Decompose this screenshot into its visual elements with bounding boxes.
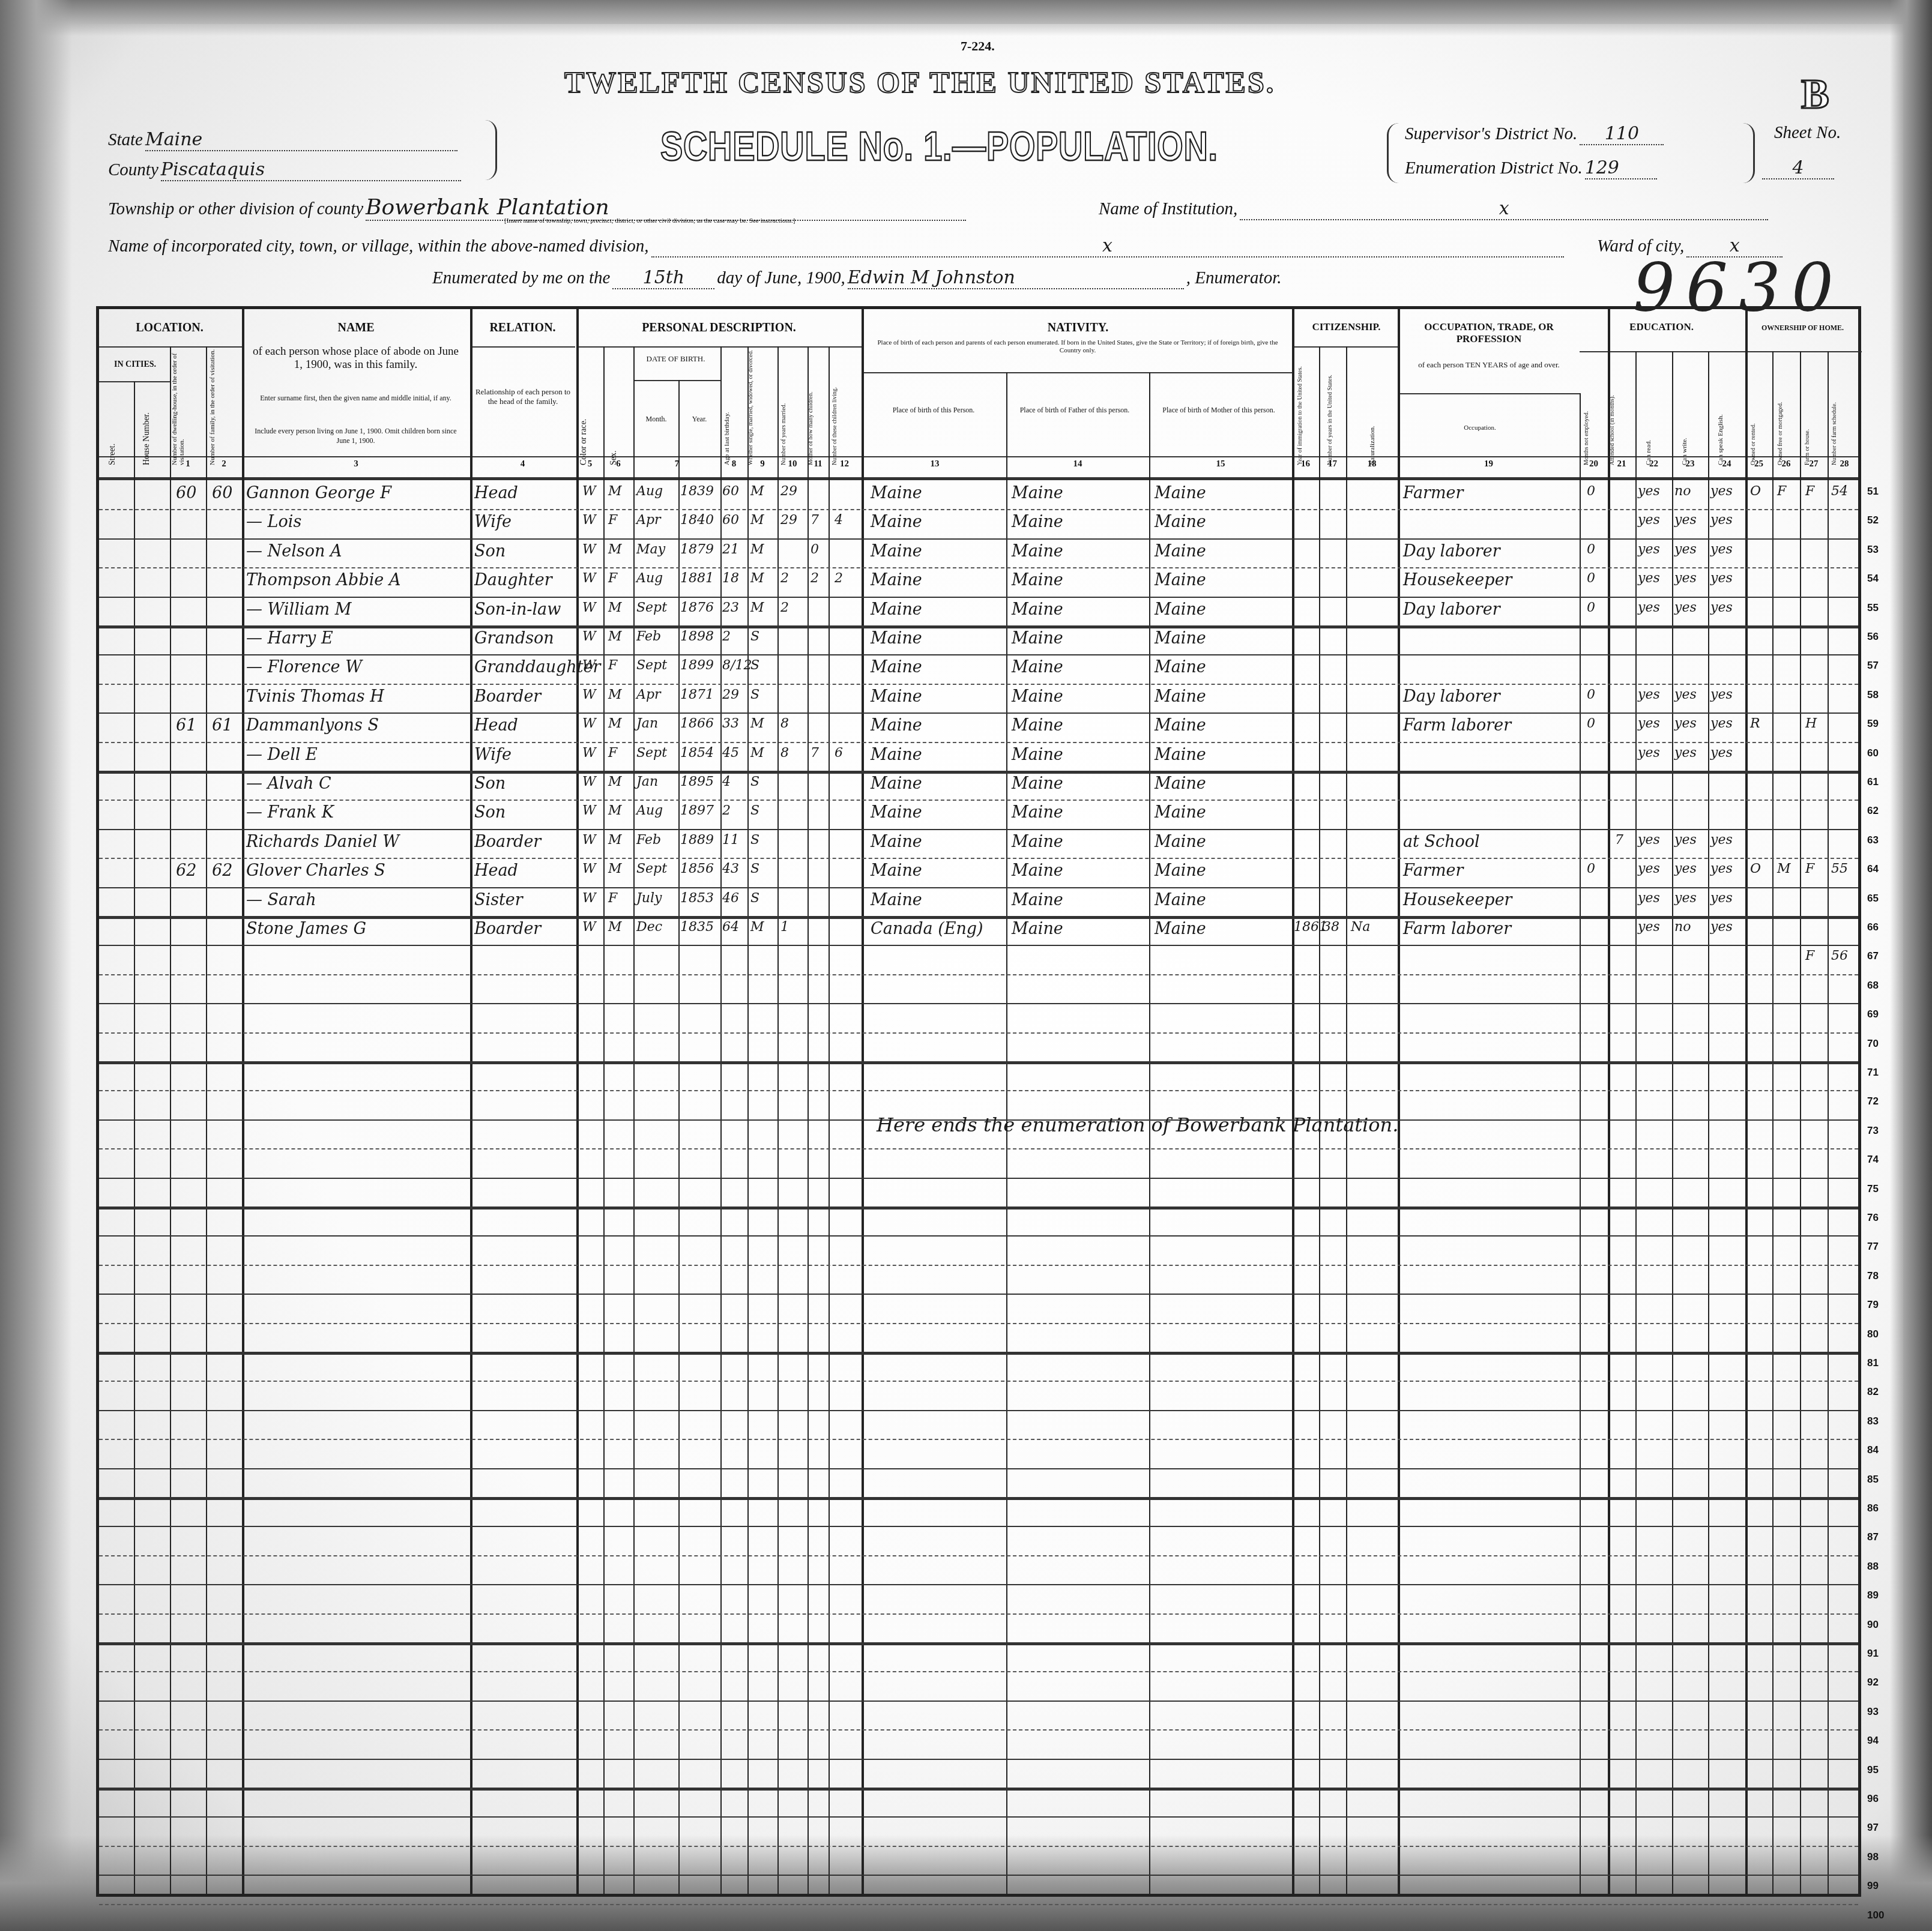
- birth-year-cell: 1876: [680, 600, 714, 615]
- census-title: TWELFTH CENSUS OF THE UNITED STATES.: [564, 65, 1275, 100]
- relation-cell: Daughter: [474, 571, 552, 589]
- family-cell: 60: [212, 484, 232, 502]
- supervisor-label: Supervisor's District No.: [1405, 124, 1577, 143]
- mother-birthplace-cell: Maine: [1155, 774, 1206, 793]
- color-cell: W: [582, 542, 596, 557]
- line-number: 89: [1867, 1589, 1879, 1601]
- color-cell: W: [582, 746, 596, 761]
- row-rule: [99, 829, 1858, 830]
- father-birthplace-cell: Maine: [1012, 542, 1063, 561]
- birth-year-cell: 1899: [680, 658, 714, 673]
- years-married-cell: 29: [780, 513, 797, 528]
- children-living-cell: 2: [835, 571, 843, 586]
- age-cell: 43: [722, 861, 739, 876]
- can-speak-english-cell: yes: [1710, 833, 1733, 848]
- row-rule: [99, 1323, 1858, 1324]
- line-number: 61: [1867, 776, 1879, 788]
- row-rule: [99, 1410, 1858, 1411]
- row-rule: [99, 684, 1858, 685]
- line-number: 79: [1867, 1299, 1879, 1311]
- relation-cell: Son: [474, 803, 506, 822]
- row-rule: [99, 1235, 1858, 1237]
- marital-cell: M: [750, 513, 764, 528]
- col-can-speak-english: Can speak English.: [1717, 369, 1724, 465]
- can-speak-english-cell: yes: [1710, 716, 1733, 731]
- vline: [1800, 351, 1801, 1894]
- mother-birthplace-cell: Maine: [1155, 716, 1206, 735]
- relation-cell: Boarder: [474, 687, 541, 706]
- line-number: 88: [1867, 1561, 1879, 1573]
- line-number: 71: [1867, 1067, 1879, 1079]
- father-birthplace-cell: Maine: [1012, 891, 1063, 909]
- enum-district-value: 129: [1585, 157, 1657, 179]
- dwelling-cell: 62: [176, 861, 196, 880]
- row-rule: [99, 567, 1858, 568]
- occupation-cell: Farm laborer: [1403, 716, 1511, 735]
- col-immigration: Year of immigration to the United States…: [1297, 345, 1317, 465]
- enumerated-prefix: Enumerated by me on the: [432, 268, 610, 288]
- sex-cell: F: [608, 658, 617, 673]
- group-nativity: NATIVITY.: [863, 321, 1293, 335]
- mother-of-cell: 7: [811, 513, 819, 528]
- county-label: County: [108, 160, 158, 179]
- birth-month-cell: July: [636, 891, 662, 906]
- name-cell: — Florence W: [246, 658, 362, 676]
- group-in-cities: IN CITIES.: [99, 360, 171, 370]
- birth-year-cell: 1856: [680, 861, 714, 876]
- name-cell: — Harry E: [246, 629, 333, 648]
- marital-cell: M: [750, 716, 764, 731]
- occupation-cell: Day laborer: [1403, 600, 1500, 619]
- birthplace-cell: Maine: [871, 600, 922, 619]
- birth-month-cell: Sept: [636, 746, 667, 761]
- colnum-28: 28: [1828, 459, 1861, 469]
- county-value: Piscataquis: [161, 159, 461, 181]
- line-number: 73: [1867, 1125, 1879, 1137]
- sex-cell: F: [608, 891, 617, 906]
- row-rule: [99, 1206, 1858, 1210]
- relation-cell: Son-in-law: [474, 600, 561, 619]
- row-rule: [99, 742, 1858, 743]
- birthplace-cell: Maine: [871, 513, 922, 531]
- row-rule: [99, 1729, 1858, 1731]
- birthplace-cell: Maine: [871, 484, 922, 502]
- birth-month-cell: Feb: [636, 629, 661, 644]
- age-cell: 2: [722, 629, 731, 644]
- years-married-cell: 8: [780, 746, 789, 761]
- birth-month-cell: Apr: [636, 687, 661, 702]
- line-number: 60: [1867, 747, 1879, 759]
- birthplace-cell: Maine: [871, 774, 922, 793]
- rule-personal: [576, 346, 863, 348]
- color-cell: W: [582, 891, 596, 906]
- birth-month-cell: Aug: [636, 484, 663, 499]
- marital-cell: S: [750, 629, 759, 644]
- rule-education: [1580, 351, 1862, 352]
- can-write-cell: yes: [1674, 833, 1697, 848]
- color-cell: W: [582, 513, 596, 528]
- color-cell: W: [582, 920, 596, 935]
- farm-schedule-cell: 54: [1831, 484, 1848, 499]
- vline: [1398, 309, 1400, 1894]
- occupation-desc: of each person TEN YEARS of age and over…: [1405, 360, 1573, 370]
- state-field: State Maine: [108, 129, 492, 151]
- row-rule: [99, 771, 1858, 774]
- colnum-25: 25: [1745, 459, 1772, 469]
- institution-label: Name of Institution,: [1099, 199, 1237, 218]
- brace-district-right: [1741, 123, 1755, 183]
- col-birth-mother: Place of birth of Mother of this person.: [1153, 405, 1285, 415]
- father-birthplace-cell: Maine: [1012, 746, 1063, 764]
- line-number: 67: [1867, 950, 1879, 962]
- col-house-number: House Number.: [142, 399, 152, 465]
- state-value: Maine: [145, 129, 457, 151]
- col-dwelling: Number of dwelling-house, in the order o…: [171, 345, 195, 465]
- line-number: 59: [1867, 718, 1879, 730]
- line-number: 96: [1867, 1793, 1879, 1805]
- color-cell: W: [582, 658, 596, 673]
- row-rule: [99, 1584, 1858, 1585]
- birthplace-cell: Maine: [871, 542, 922, 561]
- line-number: 68: [1867, 980, 1879, 992]
- group-location: LOCATION.: [99, 321, 240, 335]
- line-number: 90: [1867, 1619, 1879, 1631]
- county-field: County Piscataquis: [108, 159, 492, 181]
- row-rule: [99, 1701, 1858, 1702]
- can-read-cell: yes: [1638, 920, 1660, 935]
- years-married-cell: 29: [780, 484, 797, 499]
- line-number: 75: [1867, 1183, 1879, 1195]
- sex-cell: M: [608, 687, 622, 702]
- row-rule: [99, 1148, 1858, 1149]
- relation-cell: Boarder: [474, 920, 541, 938]
- brace-left: [483, 120, 497, 180]
- can-write-cell: yes: [1674, 542, 1697, 557]
- color-cell: W: [582, 571, 596, 586]
- name-cell: — Lois: [246, 513, 301, 531]
- colnum-8: 8: [720, 459, 747, 469]
- row-rule: [99, 1439, 1858, 1440]
- sex-cell: F: [608, 571, 617, 586]
- institution-field: Name of Institution, x: [1099, 198, 1768, 220]
- mother-birthplace-cell: Maine: [1155, 542, 1206, 561]
- can-write-cell: yes: [1674, 513, 1697, 528]
- mother-birthplace-cell: Maine: [1155, 920, 1206, 938]
- sheet-letter: B: [1801, 71, 1829, 119]
- years-married-cell: 8: [780, 716, 789, 731]
- row-rule: [99, 1090, 1858, 1091]
- owned-rented-cell: O: [1750, 484, 1761, 499]
- owned-rented-cell: O: [1750, 861, 1761, 876]
- row-rule: [99, 1846, 1858, 1847]
- marital-cell: S: [750, 774, 759, 789]
- colnum-14: 14: [1006, 459, 1149, 469]
- can-write-cell: yes: [1674, 571, 1697, 586]
- name-instr2: Include every person living on June 1, 1…: [249, 426, 462, 445]
- group-relation: RELATION.: [470, 321, 575, 335]
- row-rule: [99, 1381, 1858, 1382]
- sex-cell: M: [608, 716, 622, 731]
- col-birth-father: Place of birth of Father of this person.: [1009, 405, 1141, 415]
- col-owned-rented: Owned or rented.: [1750, 369, 1757, 465]
- scan-edge-left: [0, 0, 72, 1931]
- occupation-cell: at School: [1403, 833, 1480, 851]
- farm-schedule-cell: 55: [1831, 861, 1848, 876]
- colnum-18: 18: [1346, 459, 1398, 469]
- rule-in-cities: [99, 381, 171, 382]
- colnum-12: 12: [829, 459, 860, 469]
- sex-cell: F: [608, 746, 617, 761]
- col-birth-person: Place of birth of this Person.: [868, 405, 1000, 415]
- city-label: Name of incorporated city, town, or vill…: [108, 236, 649, 256]
- row-rule: [99, 712, 1858, 714]
- row-rule: [99, 1468, 1858, 1469]
- row-rule: [99, 974, 1858, 975]
- can-read-cell: yes: [1638, 687, 1660, 702]
- colnum-4: 4: [470, 459, 575, 469]
- can-write-cell: yes: [1674, 716, 1697, 731]
- can-read-cell: yes: [1638, 861, 1660, 876]
- col-occupation: Occupation.: [1402, 423, 1558, 433]
- enumerator-label: , Enumerator.: [1186, 268, 1282, 288]
- colnum-7: 7: [633, 459, 720, 469]
- occupation-cell: Farmer: [1403, 861, 1463, 880]
- colnum-10: 10: [777, 459, 808, 469]
- vline: [1708, 351, 1709, 1894]
- father-birthplace-cell: Maine: [1012, 600, 1063, 619]
- marital-cell: M: [750, 542, 764, 557]
- row-rule: [99, 945, 1858, 946]
- marital-cell: S: [750, 687, 759, 702]
- vline: [1745, 309, 1748, 1894]
- colnum-2: 2: [206, 459, 242, 469]
- relation-cell: Granddaughter: [474, 658, 600, 676]
- name-cell: — Frank K: [246, 803, 334, 822]
- brace-district-left: [1387, 123, 1401, 183]
- colnum-24: 24: [1708, 459, 1745, 469]
- name-cell: Tvinis Thomas H: [246, 687, 384, 706]
- group-occupation: OCCUPATION, TRADE, OR PROFESSION: [1399, 321, 1579, 345]
- farm-house-cell: F: [1805, 861, 1814, 876]
- line-number: 54: [1867, 573, 1879, 585]
- can-write-cell: yes: [1674, 746, 1697, 761]
- col-year: Year.: [678, 414, 720, 424]
- relation-cell: Grandson: [474, 629, 554, 648]
- sex-cell: M: [608, 484, 622, 499]
- age-cell: 45: [722, 746, 739, 761]
- birth-year-cell: 1895: [680, 774, 714, 789]
- birth-month-cell: Sept: [636, 658, 667, 673]
- colnum-19: 19: [1398, 459, 1580, 469]
- relation-cell: Wife: [474, 513, 512, 531]
- row-rule: [99, 1003, 1858, 1004]
- birth-year-cell: 1898: [680, 629, 714, 644]
- owned-free-cell: M: [1777, 861, 1791, 876]
- occupation-cell: Housekeeper: [1403, 571, 1512, 589]
- age-cell: 2: [722, 803, 731, 818]
- line-number: 56: [1867, 631, 1879, 643]
- colnum-16: 16: [1292, 459, 1319, 469]
- col-months-unemployed: Months not employed.: [1583, 387, 1604, 465]
- col-owned-free: Owned free or mortgaged.: [1777, 345, 1784, 465]
- row-rule: [99, 1294, 1858, 1295]
- age-cell: 60: [722, 513, 739, 528]
- col-farm-schedule: Number of farm schedule.: [1831, 345, 1838, 465]
- col-age: Age at last birthday.: [723, 357, 731, 465]
- line-number: 100: [1867, 1909, 1884, 1921]
- line-number: 63: [1867, 834, 1879, 846]
- mother-birthplace-cell: Maine: [1155, 629, 1206, 648]
- birth-year-cell: 1866: [680, 716, 714, 731]
- birth-month-cell: Aug: [636, 571, 663, 586]
- mother-of-cell: 0: [811, 542, 819, 557]
- marital-cell: S: [750, 861, 759, 876]
- line-number: 85: [1867, 1474, 1879, 1486]
- name-cell: — Sarah: [246, 891, 316, 909]
- age-cell: 33: [722, 716, 739, 731]
- colnum-15: 15: [1149, 459, 1292, 469]
- vline: [1608, 309, 1610, 1894]
- col-family: Number of family, in the order of visita…: [209, 345, 233, 465]
- can-write-cell: yes: [1674, 891, 1697, 906]
- children-living-cell: 4: [835, 513, 843, 528]
- supervisor-value: 110: [1580, 123, 1664, 145]
- can-speak-english-cell: yes: [1710, 687, 1733, 702]
- mother-birthplace-cell: Maine: [1155, 600, 1206, 619]
- birthplace-cell: Maine: [871, 746, 922, 764]
- relation-cell: Boarder: [474, 833, 541, 851]
- birth-year-cell: 1889: [680, 833, 714, 848]
- years-married-cell: 1: [780, 920, 789, 935]
- name-cell: — Dell E: [246, 746, 318, 764]
- vline: [134, 381, 135, 1894]
- mother-birthplace-cell: Maine: [1155, 571, 1206, 589]
- children-living-cell: 6: [835, 746, 843, 761]
- vline: [678, 380, 680, 1894]
- marital-cell: S: [750, 833, 759, 848]
- name-cell: — Nelson A: [246, 542, 342, 561]
- line-number: 91: [1867, 1648, 1879, 1660]
- row-rule: [99, 1526, 1858, 1527]
- row-rule: [99, 1816, 1858, 1818]
- marital-cell: M: [750, 746, 764, 761]
- group-ownership: OWNERSHIP OF HOME.: [1744, 324, 1861, 333]
- can-write-cell: no: [1674, 920, 1691, 935]
- birth-month-cell: Sept: [636, 861, 667, 876]
- col-years-us: Number of years in the United States.: [1327, 345, 1347, 465]
- nativity-desc: Place of birth of each person and parent…: [871, 339, 1285, 355]
- population-table: LOCATION. IN CITIES. NAME of each person…: [96, 306, 1861, 1897]
- name-instr1: Enter surname first, then the given name…: [249, 393, 462, 403]
- vline: [1580, 393, 1581, 1894]
- relation-cell: Wife: [474, 746, 512, 764]
- mother-birthplace-cell: Maine: [1155, 746, 1206, 764]
- mother-birthplace-cell: Maine: [1155, 484, 1206, 502]
- sex-cell: M: [608, 833, 622, 848]
- colnum-17: 17: [1319, 459, 1346, 469]
- row-rule: [99, 597, 1858, 598]
- birth-year-cell: 1835: [680, 920, 714, 935]
- row-rule: [99, 858, 1858, 859]
- col-mother-of: Mother of how many children.: [808, 345, 826, 465]
- can-speak-english-cell: yes: [1710, 861, 1733, 876]
- can-speak-english-cell: yes: [1710, 600, 1733, 615]
- can-read-cell: yes: [1638, 542, 1660, 557]
- mother-of-cell: 2: [811, 571, 819, 586]
- name-cell: — Alvah C: [246, 774, 331, 793]
- birth-year-cell: 1839: [680, 484, 714, 499]
- relation-cell: Son: [474, 774, 506, 793]
- line-number: 76: [1867, 1212, 1879, 1224]
- group-personal-description: PERSONAL DESCRIPTION.: [576, 321, 862, 335]
- line-number: 65: [1867, 893, 1879, 905]
- can-read-cell: yes: [1638, 484, 1660, 499]
- line-number: 83: [1867, 1415, 1879, 1427]
- row-rule: [99, 1032, 1858, 1034]
- city-value: x: [651, 235, 1564, 258]
- father-birthplace-cell: Maine: [1012, 920, 1063, 938]
- row-rule: [99, 1759, 1858, 1760]
- row-rule: [99, 654, 1858, 655]
- birth-month-cell: Sept: [636, 600, 667, 615]
- name-cell: Stone James G: [246, 920, 366, 938]
- father-birthplace-cell: Maine: [1012, 861, 1063, 880]
- row-rule: [99, 1904, 1858, 1905]
- colnum-1: 1: [170, 459, 206, 469]
- birth-year-cell: 1879: [680, 542, 714, 557]
- can-write-cell: yes: [1674, 600, 1697, 615]
- mother-birthplace-cell: Maine: [1155, 513, 1206, 531]
- age-cell: 29: [722, 687, 739, 702]
- line-number: 78: [1867, 1270, 1879, 1282]
- row-rule: [99, 916, 1858, 919]
- age-cell: 64: [722, 920, 739, 935]
- can-speak-english-cell: yes: [1710, 891, 1733, 906]
- dwelling-cell: 61: [176, 716, 196, 735]
- color-cell: W: [582, 687, 596, 702]
- father-birthplace-cell: Maine: [1012, 716, 1063, 735]
- years-in-us-cell: 38: [1323, 920, 1339, 935]
- colnum-9: 9: [747, 459, 777, 469]
- months-unemployed-cell: 0: [1587, 571, 1595, 586]
- mother-birthplace-cell: Maine: [1155, 861, 1206, 880]
- years-married-cell: 2: [780, 600, 789, 615]
- occupation-cell: Housekeeper: [1403, 891, 1512, 909]
- line-number: 81: [1867, 1357, 1879, 1369]
- age-cell: 21: [722, 542, 739, 557]
- vline: [1292, 309, 1294, 1894]
- line-number: 66: [1867, 921, 1879, 933]
- col-street: Street.: [108, 399, 118, 465]
- marital-cell: M: [750, 920, 764, 935]
- colnum-26: 26: [1772, 459, 1800, 469]
- ending-note: Here ends the enumeration of Bowerbank P…: [877, 1113, 1398, 1136]
- row-rule: [99, 887, 1858, 888]
- vline: [1828, 351, 1829, 1894]
- age-cell: 18: [722, 571, 739, 586]
- group-education: EDUCATION.: [1579, 321, 1744, 333]
- farm-house-cell: F: [1805, 948, 1814, 963]
- row-rule: [99, 1061, 1858, 1064]
- can-read-cell: yes: [1638, 746, 1660, 761]
- enum-district-field: Enumeration District No. 129: [1405, 157, 1657, 179]
- township-note: [Insert name of township, town, precinct…: [504, 217, 795, 224]
- age-cell: 60: [722, 484, 739, 499]
- row-rule: [99, 1642, 1858, 1645]
- color-cell: W: [582, 629, 596, 644]
- row-rule: [99, 538, 1858, 540]
- scan-edge-top: [0, 0, 1932, 36]
